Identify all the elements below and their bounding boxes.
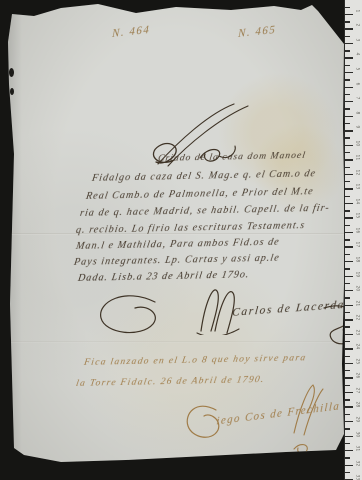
ruler-minor-tick <box>345 326 350 327</box>
ruler-tick-label: 33 <box>355 475 360 480</box>
ruler-major-tick <box>345 290 353 291</box>
ruler-tick-label: 28 <box>355 402 360 410</box>
ruler-minor-tick <box>345 268 350 269</box>
ruler-major-tick <box>345 14 353 15</box>
ruler-minor-tick <box>345 225 350 226</box>
ink-blot <box>9 68 14 77</box>
ruler-major-tick <box>345 465 353 466</box>
ruler-major-tick <box>345 130 353 131</box>
archival-number-right: N. 465 <box>238 24 277 40</box>
ruler-minor-tick <box>345 50 350 51</box>
ruler-tick-label: 23 <box>355 329 360 337</box>
ruler-minor-tick <box>345 196 350 197</box>
ruler-minor-tick <box>345 181 350 182</box>
ruler-tick-label: 13 <box>355 184 360 192</box>
note-signature: iego Cos de Frechilla <box>216 400 340 427</box>
measurement-ruler: 1234567891011121314151617181920212223242… <box>344 0 362 480</box>
ruler-major-tick <box>345 101 353 102</box>
ruler-minor-tick <box>345 283 350 284</box>
ruler-tick-label: 17 <box>355 242 360 250</box>
ruler-minor-tick <box>345 21 350 22</box>
ruler-major-tick <box>345 72 353 73</box>
ruler-tick-label: 19 <box>355 271 360 279</box>
ruler-major-tick <box>345 406 353 407</box>
ruler-minor-tick <box>345 210 350 211</box>
ruler-tick-label: 31 <box>355 446 360 454</box>
note-signature-paraph <box>292 440 314 456</box>
ruler-minor-tick <box>345 428 350 429</box>
body-line: Real Camb.o de Palmonella, e Prior del M… <box>85 186 314 202</box>
ruler-major-tick <box>345 319 353 320</box>
ruler-major-tick <box>345 57 353 58</box>
ruler-tick-label: 5 <box>355 68 360 76</box>
ruler-major-tick <box>345 87 353 88</box>
ruler-major-tick <box>345 232 353 233</box>
ruler-minor-tick <box>345 137 350 138</box>
body-line: ria de q. hace Madrid, se habil. Capell.… <box>79 203 330 219</box>
ruler-major-tick <box>345 203 353 204</box>
ruler-tick-label: 20 <box>355 286 360 294</box>
ruler-major-tick <box>345 116 353 117</box>
ruler-tick-label: 29 <box>355 416 360 424</box>
ruler-tick-label: 24 <box>355 344 360 352</box>
ruler-minor-tick <box>345 79 350 80</box>
paper-fold-crease <box>6 341 346 343</box>
ruler-minor-tick <box>345 167 350 168</box>
body-line: Criado de la casa dom Manoel <box>157 151 306 164</box>
ruler-minor-tick <box>345 297 350 298</box>
ruler-minor-tick <box>345 239 350 240</box>
ruler-minor-tick <box>345 414 350 415</box>
ruler-tick-label: 12 <box>355 169 360 177</box>
ruler-major-tick <box>345 450 353 451</box>
ruler-tick-label: 25 <box>355 358 360 366</box>
ruler-minor-tick <box>345 108 350 109</box>
ruler-tick-label: 8 <box>355 111 360 119</box>
note-line: Fica lanzado en el L.o 8 que hoy sirve p… <box>83 353 307 368</box>
photo-background: N. 464 N. 465 Criado de la casa dom Mano… <box>0 0 362 480</box>
ruler-major-tick <box>345 28 353 29</box>
note-line: la Torre Fidalc. 26 de Abril de 1790. <box>75 375 265 389</box>
manuscript-page: N. 464 N. 465 Criado de la casa dom Mano… <box>6 4 346 463</box>
ruler-minor-tick <box>345 472 350 473</box>
ruler-major-tick <box>345 334 353 335</box>
ruler-major-tick <box>345 348 353 349</box>
ruler-minor-tick <box>345 36 350 37</box>
ruler-major-tick <box>345 392 353 393</box>
body-line: Dada. Lisb.a 23 de Abril de 179o. <box>77 269 250 284</box>
ruler-major-tick <box>345 188 353 189</box>
ruler-tick-label: 1 <box>355 9 360 17</box>
ruler-major-tick <box>345 421 353 422</box>
ruler-tick-label: 21 <box>355 300 360 308</box>
ruler-tick-label: 15 <box>355 213 360 221</box>
ruler-tick-label: 22 <box>355 315 360 323</box>
ruler-tick-label: 32 <box>355 460 360 468</box>
ruler-minor-tick <box>345 370 350 371</box>
ruler-major-tick <box>345 436 353 437</box>
ruler-minor-tick <box>345 152 350 153</box>
ruler-minor-tick <box>345 341 350 342</box>
ruler-major-tick <box>345 305 353 306</box>
ruler-tick-label: 11 <box>355 155 360 163</box>
body-line: Pays integrantes. Lp. Cartas y assi ap.l… <box>73 253 280 268</box>
ruler-tick-label: 9 <box>355 126 360 134</box>
ruler-tick-label: 10 <box>355 140 360 148</box>
ruler-major-tick <box>345 174 353 175</box>
ruler-tick-label: 6 <box>355 82 360 90</box>
ruler-tick-label: 16 <box>355 227 360 235</box>
ink-blot <box>10 88 14 95</box>
ruler-major-tick <box>345 377 353 378</box>
ruler-minor-tick <box>345 123 350 124</box>
ruler-major-tick <box>345 261 353 262</box>
signature-main: Carlos de Lacerda <box>232 299 346 319</box>
ruler-minor-tick <box>345 399 350 400</box>
ruler-tick-label: 4 <box>355 53 360 61</box>
archival-number-left: N. 464 <box>112 24 151 40</box>
ruler-tick-label: 30 <box>355 431 360 439</box>
ruler-major-tick <box>345 217 353 218</box>
ruler-minor-tick <box>345 94 350 95</box>
body-line: Fidalgo da caza del S. Mag.e q. el Cam.o… <box>91 168 317 184</box>
ruler-minor-tick <box>345 457 350 458</box>
signature-loop-flourish <box>95 292 161 338</box>
ruler-minor-tick <box>345 443 350 444</box>
ruler-tick-label: 18 <box>355 257 360 265</box>
ruler-tick-label: 7 <box>355 97 360 105</box>
ruler-major-tick <box>345 145 353 146</box>
ruler-tick-label: 26 <box>355 373 360 381</box>
body-line: Man.l e Mathilda, Para ambos Fid.os de <box>75 237 280 252</box>
body-line: q. recibio. Lo firio las escrituras Test… <box>75 220 306 236</box>
ruler-tick-label: 14 <box>355 198 360 206</box>
ruler-tick-label: 2 <box>355 24 360 32</box>
ruler-minor-tick <box>345 312 350 313</box>
ruler-major-tick <box>345 276 353 277</box>
ruler-tick-label: 27 <box>355 387 360 395</box>
ruler-minor-tick <box>345 385 350 386</box>
ruler-minor-tick <box>345 254 350 255</box>
ruler-tick-label: 3 <box>355 38 360 46</box>
ruler-major-tick <box>345 159 353 160</box>
ruler-minor-tick <box>345 65 350 66</box>
ruler-major-tick <box>345 43 353 44</box>
ruler-major-tick <box>345 246 353 247</box>
ruler-minor-tick <box>345 7 350 8</box>
ruler-minor-tick <box>345 356 350 357</box>
ruler-major-tick <box>345 363 353 364</box>
